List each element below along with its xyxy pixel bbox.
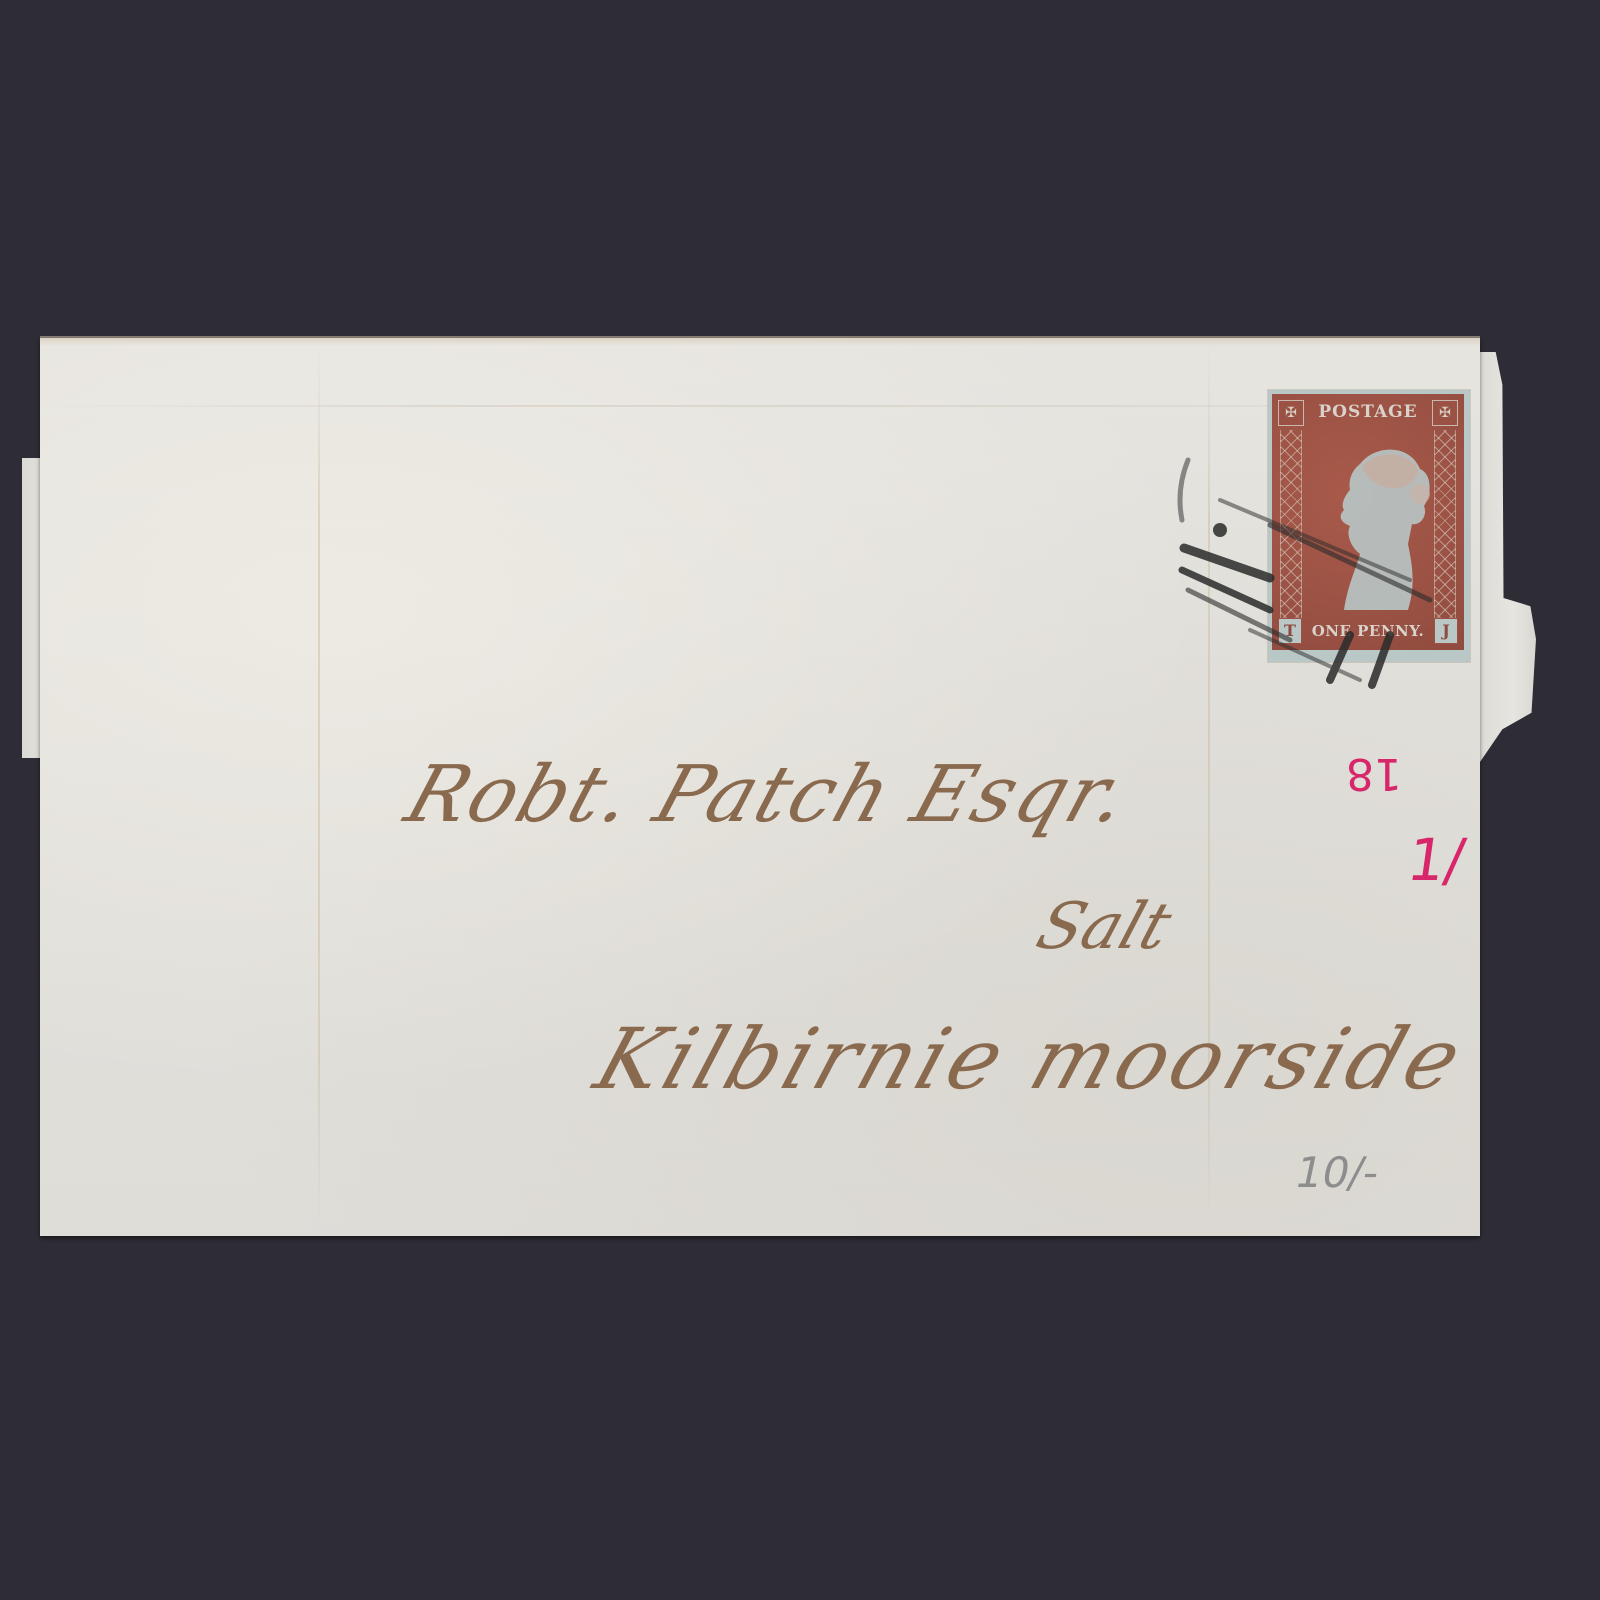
corner-ornament-icon: ✠ bbox=[1432, 400, 1458, 426]
scene: ✠ ✠ POSTAGE T ONE PENNY. J bbox=[0, 0, 1600, 1600]
top-edge-toning bbox=[40, 336, 1480, 346]
horizontal-fold bbox=[40, 405, 1480, 407]
stamp-postage-label: POSTAGE bbox=[1306, 400, 1430, 424]
corner-ornament-icon: ✠ bbox=[1278, 400, 1304, 426]
stamp-side-pattern bbox=[1280, 430, 1302, 626]
check-letter-right: J bbox=[1434, 618, 1458, 644]
vertical-fold-left bbox=[318, 345, 320, 1230]
check-letter-left: T bbox=[1278, 618, 1302, 644]
queen-victoria-portrait-icon bbox=[1320, 434, 1440, 614]
stamp-design: ✠ ✠ POSTAGE T ONE PENNY. J bbox=[1272, 394, 1464, 650]
vertical-fold-right bbox=[1208, 345, 1210, 1230]
letter-entire bbox=[40, 338, 1480, 1236]
stamp-value-label: ONE PENNY. bbox=[1302, 622, 1434, 640]
right-fold-flap bbox=[1480, 352, 1536, 762]
stamp-value-row: T ONE PENNY. J bbox=[1278, 618, 1458, 644]
penny-red-stamp: ✠ ✠ POSTAGE T ONE PENNY. J bbox=[1268, 390, 1470, 662]
